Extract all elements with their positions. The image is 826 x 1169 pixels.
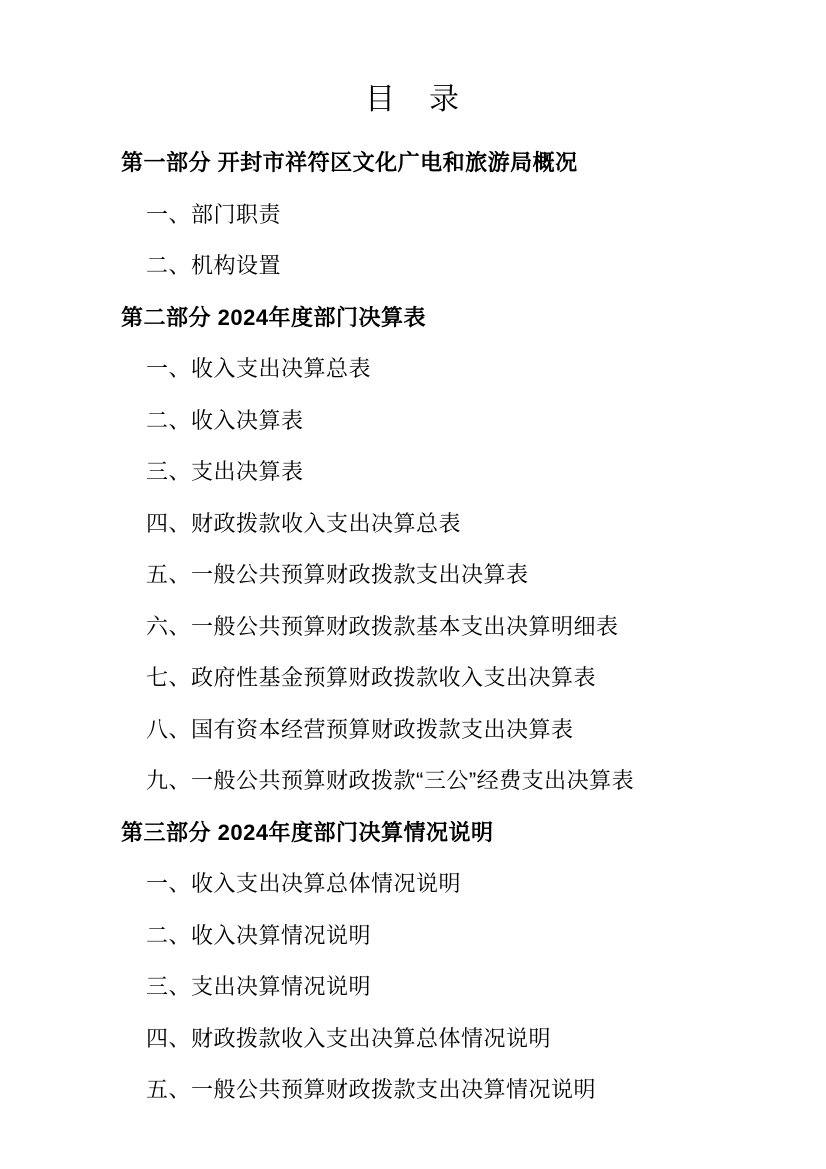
toc-item: 一、部门职责 [0, 189, 826, 241]
toc-section-heading-part2: 第二部分 2024年度部门决算表 [0, 292, 826, 344]
toc-item: 八、国有资本经营预算财政拨款支出决算表 [0, 704, 826, 756]
page-title: 目 录 [0, 0, 826, 118]
table-of-contents: 第一部分 开封市祥符区文化广电和旅游局概况 一、部门职责 二、机构设置 第二部分… [0, 137, 826, 1116]
toc-item: 一、收入支出决算总体情况说明 [0, 858, 826, 910]
toc-item: 五、一般公共预算财政拨款支出决算表 [0, 549, 826, 601]
toc-item: 一、收入支出决算总表 [0, 343, 826, 395]
toc-item: 四、财政拨款收入支出决算总体情况说明 [0, 1013, 826, 1065]
document-page: 目 录 第一部分 开封市祥符区文化广电和旅游局概况 一、部门职责 二、机构设置 … [0, 0, 826, 1169]
toc-item: 九、一般公共预算财政拨款“三公”经费支出决算表 [0, 755, 826, 807]
toc-item: 三、支出决算情况说明 [0, 961, 826, 1013]
toc-item: 二、收入决算表 [0, 395, 826, 447]
toc-item: 三、支出决算表 [0, 446, 826, 498]
toc-item: 二、收入决算情况说明 [0, 910, 826, 962]
toc-item: 二、机构设置 [0, 240, 826, 292]
toc-section-heading-part3: 第三部分 2024年度部门决算情况说明 [0, 807, 826, 859]
toc-section-heading-part1: 第一部分 开封市祥符区文化广电和旅游局概况 [0, 137, 826, 189]
toc-item: 四、财政拨款收入支出决算总表 [0, 498, 826, 550]
toc-item: 六、一般公共预算财政拨款基本支出决算明细表 [0, 601, 826, 653]
toc-item: 五、一般公共预算财政拨款支出决算情况说明 [0, 1064, 826, 1116]
toc-item: 七、政府性基金预算财政拨款收入支出决算表 [0, 652, 826, 704]
